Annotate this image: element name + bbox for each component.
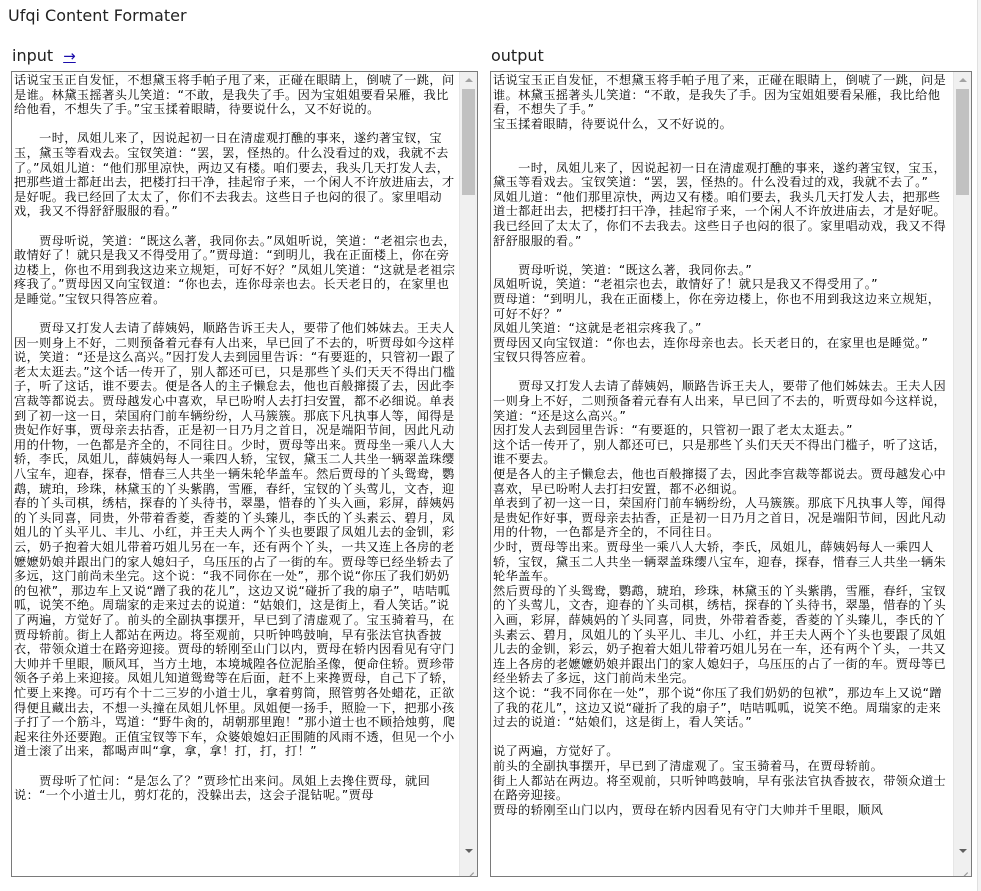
page-scrollbar[interactable] [977,0,981,891]
output-textarea[interactable]: 话说宝玉正自发怔，不想黛玉将手帕子甩了来，正碰在眼睛上，倒唬了一跳，问是谁。林黛… [490,71,972,877]
output-scrollbar[interactable] [953,72,971,876]
input-textarea[interactable]: 话说宝玉正自发怔，不想黛玉将手帕子甩了来，正碰在眼睛上，倒唬了一跳，问是谁。林黛… [11,71,478,877]
resize-grip-icon[interactable] [954,859,971,876]
output-scroll-thumb[interactable] [956,89,969,195]
output-label-text: output [491,46,544,65]
input-label: input→ [12,46,76,65]
scroll-up-arrow-icon[interactable] [954,72,971,89]
input-scroll-thumb[interactable] [462,89,475,195]
app-title: Ufqi Content Formater [8,6,187,25]
resize-grip-icon[interactable] [460,859,477,876]
output-label: output [491,46,544,65]
convert-arrow-link[interactable]: → [63,47,76,65]
input-text[interactable]: 话说宝玉正自发怔，不想黛玉将手帕子甩了来，正碰在眼睛上，倒唬了一跳，问是谁。林黛… [14,73,458,876]
scroll-up-arrow-icon[interactable] [460,72,477,89]
output-text[interactable]: 话说宝玉正自发怔，不想黛玉将手帕子甩了来，正碰在眼睛上，倒唬了一跳，问是谁。林黛… [493,73,952,876]
scroll-down-arrow-icon[interactable] [954,842,971,859]
input-label-text: input [12,46,53,65]
input-scrollbar[interactable] [459,72,477,876]
scroll-down-arrow-icon[interactable] [460,842,477,859]
